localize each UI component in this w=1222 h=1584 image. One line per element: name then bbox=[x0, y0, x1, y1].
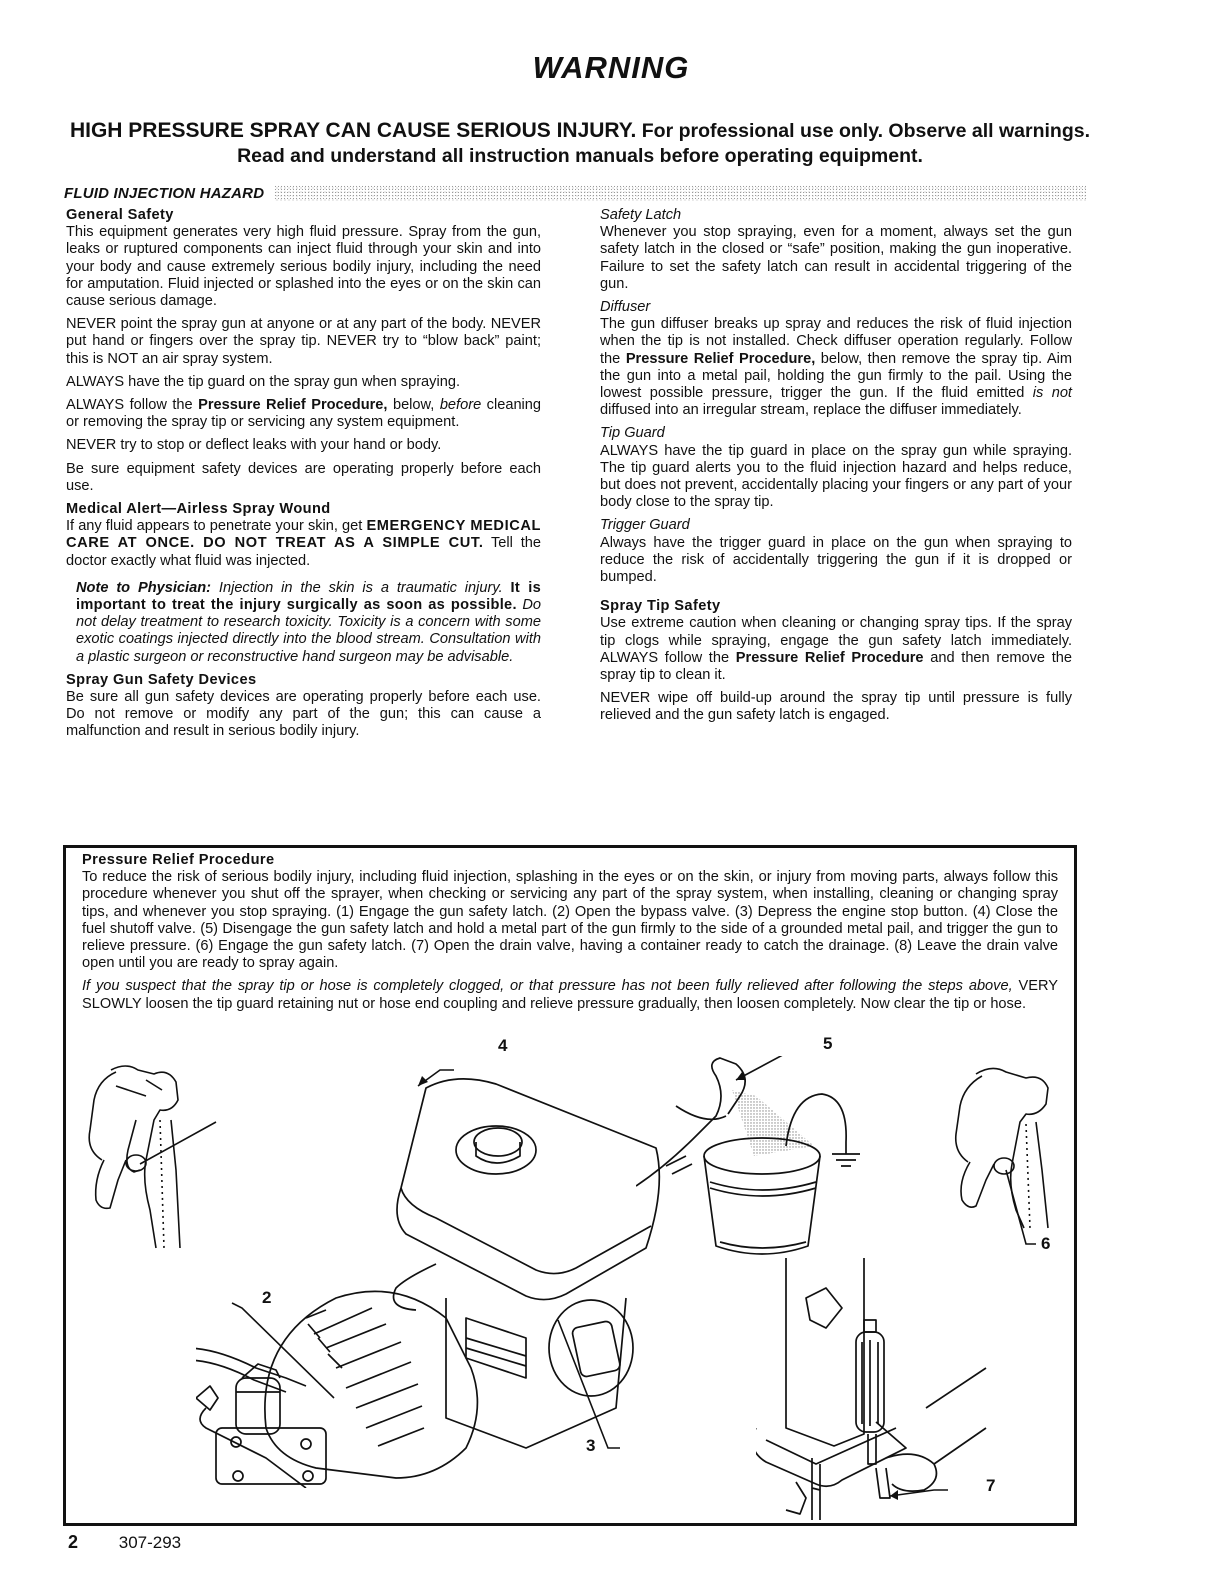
right-column: Safety Latch Whenever you stop spraying,… bbox=[600, 207, 1072, 731]
pressure-relief-ref: Pressure Relief Procedure, bbox=[626, 351, 815, 367]
general-safety-p3: ALWAYS have the tip guard on the spray g… bbox=[66, 374, 541, 391]
callout-4: 4 bbox=[498, 1036, 507, 1056]
trigger-guard-heading: Trigger Guard bbox=[600, 517, 1072, 534]
callout-7: 7 bbox=[986, 1476, 995, 1496]
drain-valve-icon bbox=[756, 1258, 1056, 1520]
medical-alert-heading: Medical Alert—Airless Spray Wound bbox=[66, 501, 541, 518]
page-title: WARNING bbox=[0, 50, 1222, 86]
hazard-section-bar: FLUID INJECTION HAZARD bbox=[64, 184, 1086, 202]
pressure-relief-clog: If you suspect that the spray tip or hos… bbox=[82, 978, 1058, 1012]
pressure-relief-ref: Pressure Relief Procedure bbox=[736, 650, 924, 666]
pressure-relief-body: To reduce the risk of serious bodily inj… bbox=[82, 869, 1058, 972]
physician-note-lead: Note to Physician: bbox=[76, 580, 211, 596]
gun-devices-body: Be sure all gun safety devices are opera… bbox=[66, 689, 541, 741]
spray-gun-icon bbox=[946, 1060, 1076, 1260]
tip-guard-body: ALWAYS have the tip guard in place on th… bbox=[600, 443, 1072, 512]
trigger-guard-body: Always have the trigger guard in place o… bbox=[600, 535, 1072, 587]
spray-tip-safety-heading: Spray Tip Safety bbox=[600, 598, 1072, 615]
tip-guard-heading: Tip Guard bbox=[600, 425, 1072, 442]
page-footer: 2 307-293 bbox=[68, 1532, 181, 1553]
safety-latch-body: Whenever you stop spraying, even for a m… bbox=[600, 224, 1072, 293]
diffuser-heading: Diffuser bbox=[600, 299, 1072, 316]
gun-devices-heading: Spray Gun Safety Devices bbox=[66, 672, 541, 689]
hazard-section-label: FLUID INJECTION HAZARD bbox=[64, 185, 274, 202]
general-safety-p5: NEVER try to stop or deflect leaks with … bbox=[66, 437, 541, 454]
page-number: 2 bbox=[68, 1532, 78, 1552]
medical-alert-body: If any fluid appears to penetrate your s… bbox=[66, 518, 541, 570]
general-safety-p6: Be sure equipment safety devices are ope… bbox=[66, 461, 541, 495]
halftone-bar bbox=[274, 185, 1086, 201]
callout-2: 2 bbox=[262, 1288, 271, 1308]
text-italic: is not bbox=[1033, 385, 1072, 401]
text: If any fluid appears to penetrate your s… bbox=[66, 518, 362, 534]
text: below, bbox=[393, 397, 434, 413]
callout-3: 3 bbox=[586, 1436, 595, 1456]
headline-bold: HIGH PRESSURE SPRAY CAN CAUSE SERIOUS IN… bbox=[70, 119, 636, 142]
general-safety-p1: This equipment generates very high fluid… bbox=[66, 224, 541, 310]
spray-tip-safety-body: Use extreme caution when cleaning or cha… bbox=[600, 615, 1072, 684]
callout-6: 6 bbox=[1041, 1234, 1050, 1254]
engine-icon bbox=[196, 1048, 676, 1488]
safety-latch-heading: Safety Latch bbox=[600, 207, 1072, 224]
headline-warning: HIGH PRESSURE SPRAY CAN CAUSE SERIOUS IN… bbox=[60, 118, 1100, 169]
text-italic: If you suspect that the spray tip or hos… bbox=[82, 978, 1013, 994]
text: diffused into an irregular stream, repla… bbox=[600, 402, 1022, 418]
text-italic: before bbox=[440, 397, 481, 413]
document-number: 307-293 bbox=[119, 1533, 181, 1552]
general-safety-p4: ALWAYS follow the Pressure Relief Proced… bbox=[66, 397, 541, 431]
pressure-relief-ref: Pressure Relief Procedure, bbox=[198, 397, 387, 413]
pressure-relief-text: Pressure Relief Procedure To reduce the … bbox=[82, 852, 1058, 1019]
general-safety-p2: NEVER point the spray gun at anyone or a… bbox=[66, 316, 541, 368]
text: ALWAYS follow the bbox=[66, 397, 193, 413]
pail-icon bbox=[636, 1056, 906, 1266]
physician-note: Note to Physician: Injection in the skin… bbox=[76, 580, 541, 666]
callout-5: 5 bbox=[823, 1034, 832, 1054]
pressure-relief-box: Pressure Relief Procedure To reduce the … bbox=[63, 845, 1077, 1526]
left-column: General Safety This equipment generates … bbox=[66, 207, 541, 747]
text-italic: Injection in the skin is a traumatic inj… bbox=[219, 580, 503, 596]
spray-tip-safety-p2: NEVER wipe off build-up around the spray… bbox=[600, 690, 1072, 724]
general-safety-heading: General Safety bbox=[66, 207, 541, 224]
pressure-relief-heading: Pressure Relief Procedure bbox=[82, 852, 1058, 869]
diffuser-body: The gun diffuser breaks up spray and red… bbox=[600, 316, 1072, 419]
